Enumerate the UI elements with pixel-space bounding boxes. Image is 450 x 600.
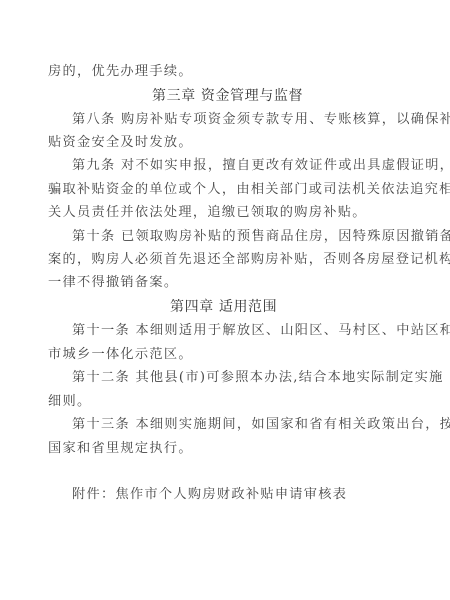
chapter-heading-4: 第四章 适用范围	[170, 298, 277, 316]
article-13-line-2: 国家和省里规定执行。	[48, 440, 193, 458]
article-8-line-2: 贴资金安全及时发放。	[48, 134, 193, 152]
article-10-line-2: 案的，购房人必须首先退还全部购房补贴，否则各房屋登记机构	[48, 251, 450, 269]
chapter-heading-3: 第三章 资金管理与监督	[152, 87, 303, 105]
article-10-line-1: 第十条 已领取购房补贴的预售商品住房，因特殊原因撤销备	[72, 228, 450, 246]
attachment-note: 附件：焦作市个人购房财政补贴申请审核表	[72, 486, 347, 504]
document-page: 房的，优先办理手续。 第三章 资金管理与监督 第八条 购房补贴专项资金须专款专用…	[0, 0, 450, 600]
article-12-line-1: 第十二条 其他县(市)可参照本办法,结合本地实际制定实施	[72, 369, 444, 387]
article-9-line-1: 第九条 对不如实申报，擅自更改有效证件或出具虚假证明，	[72, 157, 450, 175]
article-9-line-3: 关人员责任并依法处理，追缴已领取的购房补贴。	[48, 204, 367, 222]
text-line-continuation: 房的，优先办理手续。	[48, 63, 193, 81]
article-10-line-3: 一律不得撤销备案。	[48, 274, 178, 292]
article-12-line-2: 细则。	[48, 393, 91, 411]
article-13-line-1: 第十三条 本细则实施期间，如国家和省有相关政策出台，按	[72, 416, 450, 434]
article-8-line-1: 第八条 购房补贴专项资金须专款专用、专账核算，以确保补	[72, 111, 450, 129]
article-11-line-2: 市城乡一体化示范区。	[48, 346, 193, 364]
article-11-line-1: 第十一条 本细则适用于解放区、山阳区、马村区、中站区和	[72, 322, 450, 340]
article-9-line-2: 骗取补贴资金的单位或个人，由相关部门或司法机关依法追究相	[48, 181, 450, 199]
